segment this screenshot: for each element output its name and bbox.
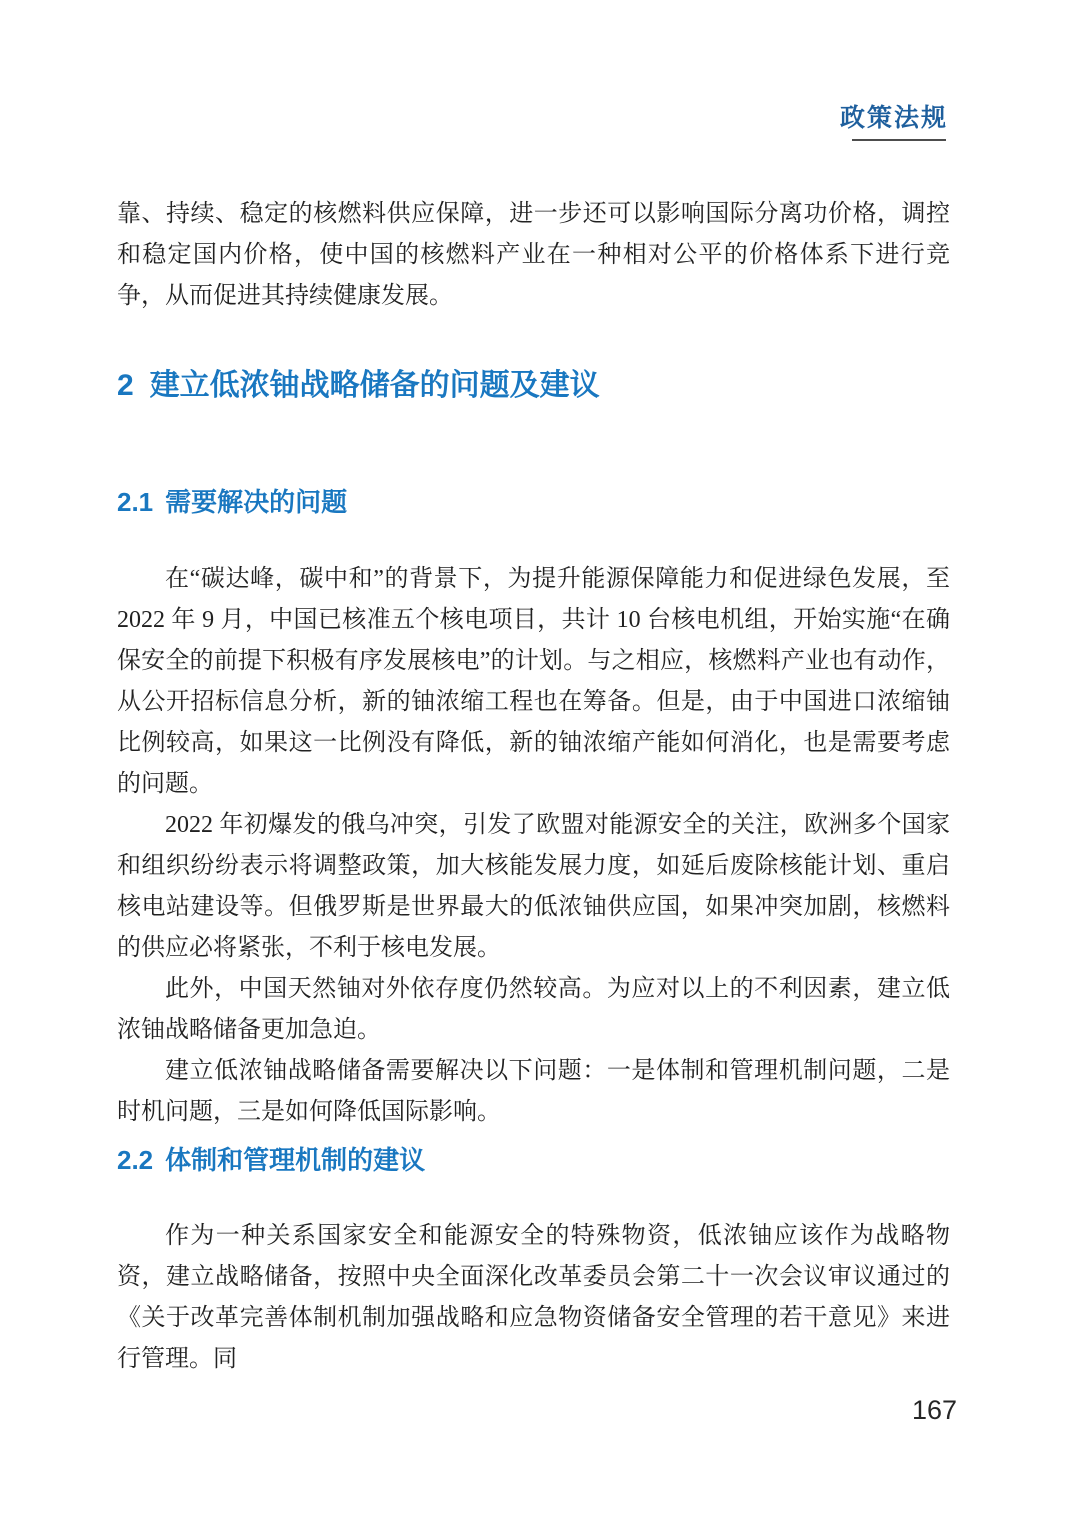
heading-title: 需要解决的问题 <box>165 487 347 517</box>
section-2-1-body: 在“碳达峰，碳中和”的背景下，为提升能源保障能力和促进绿色发展，至 2022 年… <box>117 559 950 1133</box>
body-paragraph: 在“碳达峰，碳中和”的背景下，为提升能源保障能力和促进绿色发展，至 2022 年… <box>117 559 950 805</box>
section-2-heading: 2建立低浓铀战略储备的问题及建议 <box>117 367 950 405</box>
body-paragraph: 2022 年初爆发的俄乌冲突，引发了欧盟对能源安全的关注，欧洲多个国家和组织纷纷… <box>117 805 950 969</box>
body-paragraph: 靠、持续、稳定的核燃料供应保障，进一步还可以影响国际分离功价格，调控和稳定国内价… <box>117 194 950 317</box>
heading-title: 体制和管理机制的建议 <box>165 1145 425 1175</box>
heading-title: 建立低浓铀战略储备的问题及建议 <box>150 369 600 402</box>
body-paragraph: 此外，中国天然铀对外依存度仍然较高。为应对以上的不利因素，建立低浓铀战略储备更加… <box>117 969 950 1051</box>
section-2-2-body: 作为一种关系国家安全和能源安全的特殊物资，低浓铀应该作为战略物资，建立战略储备，… <box>117 1216 950 1380</box>
intro-paragraph-block: 靠、持续、稳定的核燃料供应保障，进一步还可以影响国际分离功价格，调控和稳定国内价… <box>117 194 950 317</box>
running-head-label: 政策法规 <box>840 103 948 135</box>
heading-number: 2.1 <box>117 487 153 517</box>
section-2-1-heading: 2.1需要解决的问题 <box>117 486 950 519</box>
heading-number: 2 <box>117 369 134 402</box>
body-paragraph: 作为一种关系国家安全和能源安全的特殊物资，低浓铀应该作为战略物资，建立战略储备，… <box>117 1216 950 1380</box>
running-head-rule <box>852 139 946 141</box>
page-number: 167 <box>912 1394 957 1426</box>
section-2-2-heading: 2.2体制和管理机制的建议 <box>117 1144 950 1177</box>
body-paragraph: 建立低浓铀战略储备需要解决以下问题：一是体制和管理机制问题，二是时机问题，三是如… <box>117 1051 950 1133</box>
heading-number: 2.2 <box>117 1145 153 1175</box>
document-page: 政策法规 靠、持续、稳定的核燃料供应保障，进一步还可以影响国际分离功价格，调控和… <box>0 0 1077 1531</box>
